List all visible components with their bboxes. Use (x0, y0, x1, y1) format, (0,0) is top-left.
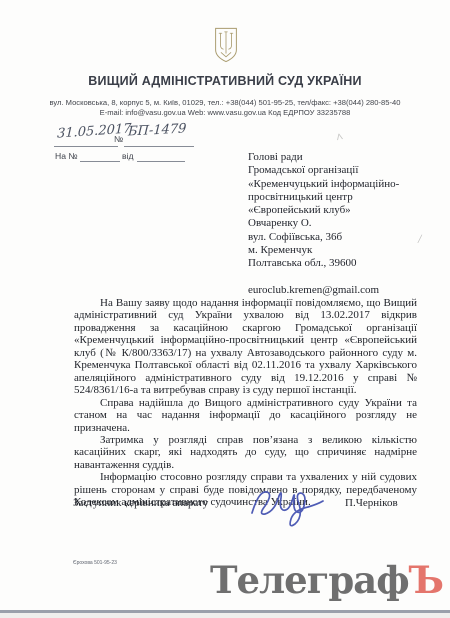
incoming-number-underline (80, 160, 120, 162)
recipient-line: вул. Софіївська, 36б (248, 231, 433, 244)
watermark-text: Телеграф (210, 558, 409, 602)
court-name-title: ВИЩИЙ АДМІНІСТРАТИВНИЙ СУД УКРАЇНИ (0, 74, 450, 88)
recipient-line: Овчаренку О. (248, 217, 433, 230)
recipient-line: м. Кременчук (248, 244, 433, 257)
recipient-line: «Кременчуцький інформаційно- (248, 178, 433, 191)
recipient-line: Громадської організації (248, 164, 433, 177)
recipient-line: Полтавська обл., 39600 (248, 257, 433, 270)
recipient-line: «Європейський клуб» (248, 204, 433, 217)
scan-artifact: ^ (334, 129, 345, 146)
signer-name: П.Черніков (345, 497, 398, 509)
recipient-line: просвітницький центр (248, 191, 433, 204)
body-paragraph: Затримка у розгляді справ пов’язана з ве… (74, 434, 417, 471)
court-contacts-line: E-mail: info@vasu.gov.ua Web: www.vasu.g… (0, 108, 450, 117)
scanned-letter-page: ВИЩИЙ АДМІНІСТРАТИВНИЙ СУД УКРАЇНИ вул. … (0, 0, 450, 618)
number-sign-label: № (114, 134, 123, 144)
recipient-line: Голові ради (248, 151, 433, 164)
scan-edge-strip (0, 613, 450, 618)
number-underline (124, 145, 194, 147)
incoming-number-label: На № (55, 151, 78, 161)
executor-note: Єрохова 501-95-23 (73, 560, 117, 566)
letter-body: На Вашу заяву щодо надання інформації по… (74, 297, 417, 509)
date-underline (54, 145, 118, 147)
watermark-suffix: Ъ (409, 558, 443, 602)
recipient-address-block: Голові ради Громадської організації «Кре… (248, 151, 433, 297)
incoming-date-underline (137, 160, 185, 162)
coat-of-arms-icon (212, 27, 240, 63)
court-address-line: вул. Московська, 8, корпус 5, м. Київ, 0… (0, 98, 450, 107)
telegraf-watermark-logo: ТелеграфЪ (210, 562, 443, 599)
body-paragraph: На Вашу заяву щодо надання інформації по… (74, 297, 417, 397)
recipient-email: euroclub.kremen@gmail.com (248, 284, 433, 297)
signature-autograph (248, 481, 336, 531)
body-paragraph: Справа надійшла до Вищого адміністративн… (74, 397, 417, 434)
incoming-date-label: від (122, 151, 134, 161)
outgoing-number-handwritten: БП-1479 (128, 121, 187, 139)
signer-position-title: Заступник керівника апарату (73, 497, 208, 509)
